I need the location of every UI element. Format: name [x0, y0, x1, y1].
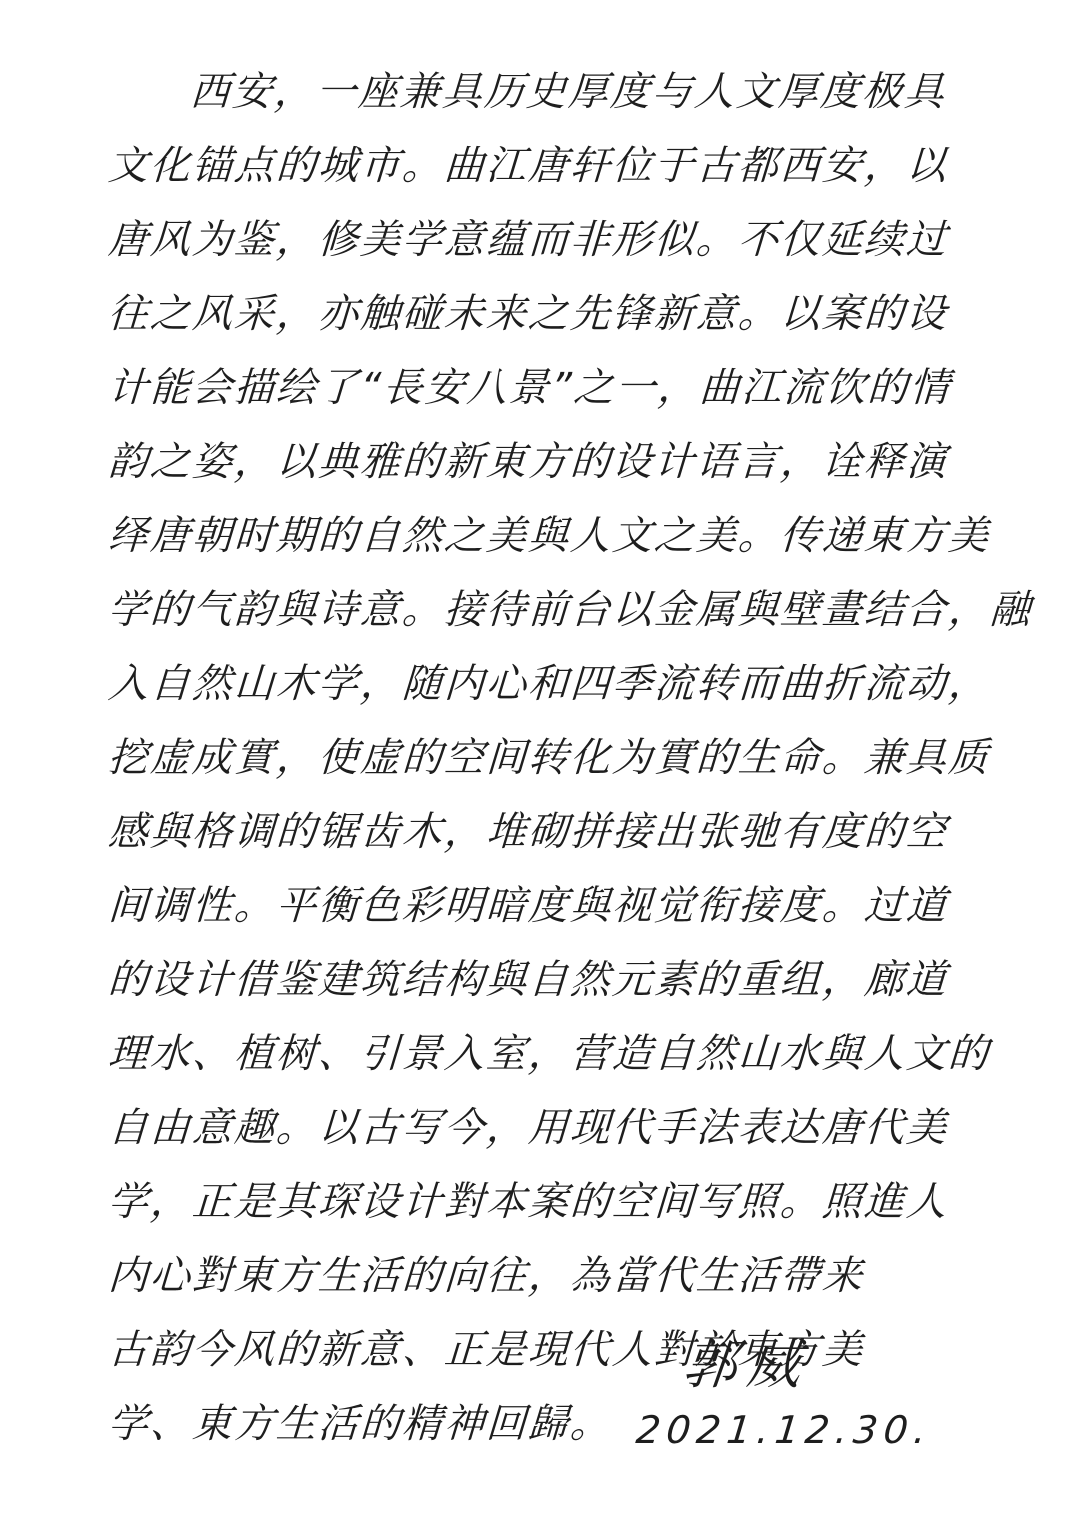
letter-line: 唐风为鉴，修美学意蕴而非形似。不仅延续过 — [106, 203, 990, 277]
letter-line: 间调性。平衡色彩明暗度與视觉衔接度。过道 — [106, 869, 990, 943]
signature-date: 2021.12.30. — [633, 1400, 935, 1460]
letter-line: 往之风采，亦触碰未来之先锋新意。以案的设 — [106, 277, 990, 351]
letter-line: 计能会描绘了“長安八景”之一，曲江流饮的情 — [106, 351, 990, 425]
letter-line: 学的气韵與诗意。接待前台以金属與壁畫结合，融 — [106, 573, 990, 647]
letter-line: 挖虚成實，使虚的空间转化为實的生命。兼具质 — [106, 721, 990, 795]
letter-line: 理水、植树、引景入室，营造自然山水與人文的 — [106, 1017, 990, 1091]
letter-body: 西安，一座兼具历史厚度与人文厚度极具 文化锚点的城市。曲江唐轩位于古都西安，以 … — [108, 55, 988, 1461]
letter-line: 学，正是其琛设计對本案的空间写照。照進人 — [106, 1165, 990, 1239]
signature-block: 郭威 2021.12.30. — [633, 1330, 942, 1460]
letter-line: 西安，一座兼具历史厚度与人文厚度极具 — [106, 55, 990, 129]
handwritten-letter-page: 西安，一座兼具历史厚度与人文厚度极具 文化锚点的城市。曲江唐轩位于古都西安，以 … — [0, 0, 1080, 1527]
letter-line: 文化锚点的城市。曲江唐轩位于古都西安，以 — [106, 129, 990, 203]
signature-name: 郭威 — [639, 1330, 942, 1400]
letter-line: 感與格调的锯齿木，堆砌拼接出张驰有度的空 — [106, 795, 990, 869]
letter-line: 绎唐朝时期的自然之美與人文之美。传递東方美 — [106, 499, 990, 573]
letter-line: 韵之姿，以典雅的新東方的设计语言，诠释演 — [106, 425, 990, 499]
letter-line: 自由意趣。以古写今，用现代手法表达唐代美 — [106, 1091, 990, 1165]
letter-line: 入自然山木学，随内心和四季流转而曲折流动， — [106, 647, 990, 721]
letter-line: 的设计借鉴建筑结构與自然元素的重组，廊道 — [106, 943, 990, 1017]
letter-line: 内心對東方生活的向往，為當代生活帶来 — [106, 1239, 990, 1313]
